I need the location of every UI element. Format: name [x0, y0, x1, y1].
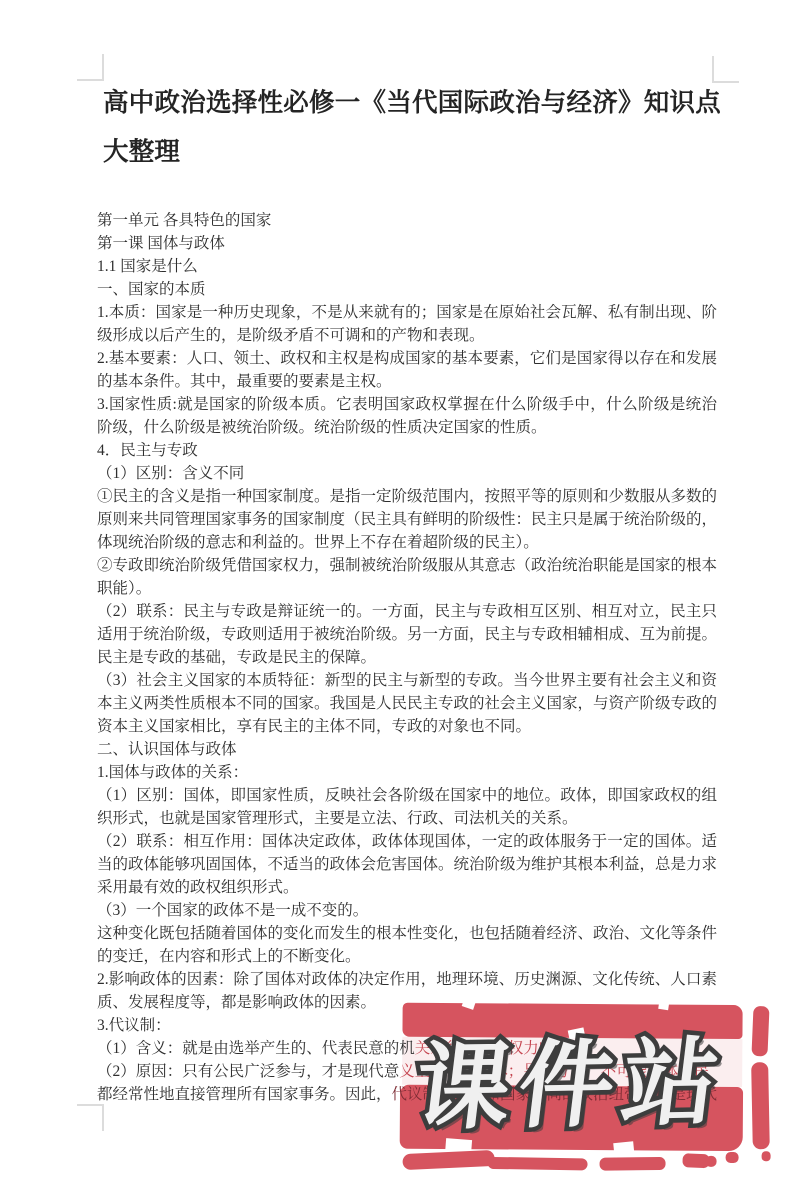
document-paragraph: 第一单元 各具特色的国家 — [97, 209, 717, 232]
document-line: 都经常性地直接管理所有国家事务。因此，代议制是公民和国家之间的政治纽带，这是现代 — [97, 1083, 717, 1106]
document-paragraph: 2.基本要素：人口、领土、政权和主权是构成国家的基本要素，它们是国家得以存在和发… — [97, 347, 717, 393]
stamp-bottom-dash — [706, 1156, 717, 1167]
document-paragraph: 1.本质：国家是一种历史现象，不是从来就有的；国家是在原始社会瓦解、私有制出现、… — [97, 301, 717, 347]
margin-corner-mark-top-left — [77, 54, 104, 81]
document-body: 第一单元 各具特色的国家第一课 国体与政体1.1 国家是什么一、国家的本质1.本… — [97, 209, 717, 1106]
document-paragraph: （1）区别：国体，即国家性质，反映社会各阶级在国家中的地位。政体，即国家政权的组… — [97, 784, 717, 830]
stamp-bottom-dash — [726, 1152, 739, 1163]
stamp-overlapped-text-run: 代议制是公民和国家之间的政治纽带，这是现代 — [392, 1086, 718, 1103]
document-paragraph: 3.国家性质:就是国家的阶级本质。它表明国家政权掌握在什么阶级手中，什么阶级是统… — [97, 393, 717, 439]
text-run: （2）原因：只有公民广泛参与，才是现代意 — [97, 1063, 399, 1080]
stamp-right-stroke — [751, 1062, 770, 1149]
stamp-edge-notch — [613, 1141, 634, 1153]
document-paragraph: （3）一个国家的政体不是一成不变的。 — [97, 899, 717, 922]
document-paragraph: 1.国体与政体的关系： — [97, 761, 717, 784]
document-page: 高中政治选择性必修一《当代国际政治与经济》知识点大整理 第一单元 各具特色的国家… — [0, 0, 800, 1200]
document-paragraph: （1）含义：就是由选举产生的、代表民意的机关来行使国家权力的制度。 — [97, 1037, 717, 1060]
document-paragraph: ②专政即统治阶级凭借国家权力，强制被统治阶级服从其意志（政治统治职能是国家的根本… — [97, 554, 717, 600]
document-paragraph: 4．民主与专政 — [97, 439, 717, 462]
text-run: 都经常性地直接管理所有国家事务。因此， — [97, 1086, 392, 1103]
stamp-edge-notch — [445, 1138, 472, 1152]
stamp-bottom-dash — [402, 1150, 495, 1170]
document-line: （2）原因：只有公民广泛参与，才是现代意义上的民主政体；另一方面，不可能全体公民 — [97, 1060, 717, 1083]
stamp-overlapped-text-run: 义上的民主政体；另一方面，不可能全体公民 — [399, 1063, 709, 1080]
margin-corner-mark-bottom-left — [77, 1104, 104, 1131]
document-paragraph: ①民主的含义是指一种国家制度。是指一定阶级范围内，按照平等的原则和少数服从多数的… — [97, 485, 717, 554]
document-paragraph: （2）联系：民主与专政是辩证统一的。一方面，民主与专政相互区别、相互对立，民主只… — [97, 600, 717, 669]
document-paragraph: 二、认识国体与政体 — [97, 738, 717, 761]
stamp-right-stroke — [751, 1006, 769, 1057]
document-paragraph: 一、国家的本质 — [97, 278, 717, 301]
stamp-overlapped-text-run: 关来行使国家权力的制度。 — [415, 1040, 601, 1057]
document-paragraph: （1）区别：含义不同 — [97, 462, 717, 485]
document-paragraph: 这种变化既包括随着国体的变化而发生的根本性变化，也包括随着经济、政治、文化等条件… — [97, 922, 717, 968]
document-paragraph: 2.影响政体的因素：除了国体对政体的决定作用，地理环境、历史渊源、文化传统、人口… — [97, 968, 717, 1014]
stamp-right-stroke — [762, 1151, 771, 1161]
document-paragraph: 3.代议制： — [97, 1014, 717, 1037]
document-paragraph: （2）联系：相互作用：国体决定政体，政体体现国体，一定的政体服务于一定的国体。适… — [97, 830, 717, 899]
document-paragraph: （3）社会主义国家的本质特征：新型的民主与新型的专政。当今世界主要有社会主义和资… — [97, 669, 717, 738]
document-paragraph: 1.1 国家是什么 — [97, 255, 717, 278]
document-paragraph: 第一课 国体与政体 — [97, 232, 717, 255]
stamp-bottom-dash — [599, 1157, 665, 1171]
document-paragraph: （2）原因：只有公民广泛参与，才是现代意义上的民主政体；另一方面，不可能全体公民… — [97, 1060, 717, 1106]
page-title: 高中政治选择性必修一《当代国际政治与经济》知识点大整理 — [103, 79, 721, 177]
text-run: （1）含义：就是由选举产生的、代表民意的机 — [97, 1040, 415, 1057]
stamp-bottom-dash — [487, 1157, 587, 1171]
stamp-bottom-dash — [682, 1153, 710, 1168]
